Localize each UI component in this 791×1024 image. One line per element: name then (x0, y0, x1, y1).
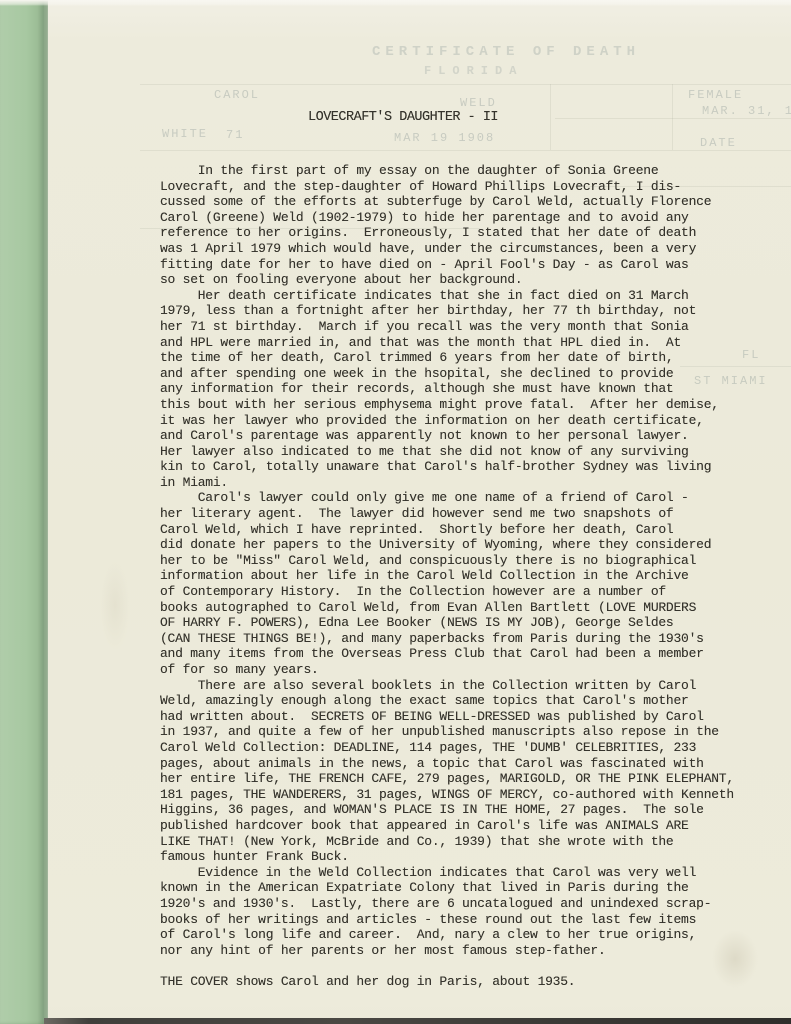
essay-paragraph-3: Carol's lawyer could only give me one na… (160, 490, 780, 677)
essay-paragraph-1: In the first part of my essay on the dau… (160, 163, 780, 288)
paper-smudge (100, 560, 130, 650)
ghost-text-carol: CAROL (214, 88, 260, 102)
essay-paragraph-5: Evidence in the Weld Collection indicate… (160, 865, 780, 959)
cover-note: THE COVER shows Carol and her dog in Par… (160, 974, 780, 990)
ghost-form-line (140, 150, 791, 151)
ghost-text-death-date: MAR. 31, 19 (702, 104, 791, 118)
ghost-form-line (672, 84, 673, 150)
ghost-text-birth-date: MAR 19 1908 (394, 131, 495, 145)
ghost-form-line (140, 84, 791, 85)
ghost-text-white: WHITE (162, 127, 208, 141)
ghost-form-line (550, 84, 551, 150)
ghost-text-date: DATE (700, 136, 737, 150)
essay-title: LOVECRAFT'S DAUGHTER - II (308, 110, 498, 125)
ghost-text-certificate-of-death: CERTIFICATE OF DEATH (372, 44, 640, 60)
paper-page: CERTIFICATE OF DEATH FLORIDA CAROL WELD … (0, 0, 791, 1024)
scan-bottom-edge (44, 1018, 791, 1024)
essay-paragraph-2: Her death certificate indicates that she… (160, 288, 780, 491)
scan-top-edge (0, 0, 791, 6)
ghost-text-florida: FLORIDA (424, 64, 523, 78)
ghost-text-female: FEMALE (688, 88, 743, 102)
essay-body: In the first part of my essay on the dau… (160, 163, 780, 990)
essay-paragraph-4: There are also several booklets in the C… (160, 678, 780, 865)
ghost-text-weld: WELD (460, 96, 497, 110)
scanned-document: CERTIFICATE OF DEATH FLORIDA CAROL WELD … (0, 0, 791, 1024)
ghost-text-age: 71 (226, 128, 244, 142)
ghost-form-line (555, 118, 791, 119)
